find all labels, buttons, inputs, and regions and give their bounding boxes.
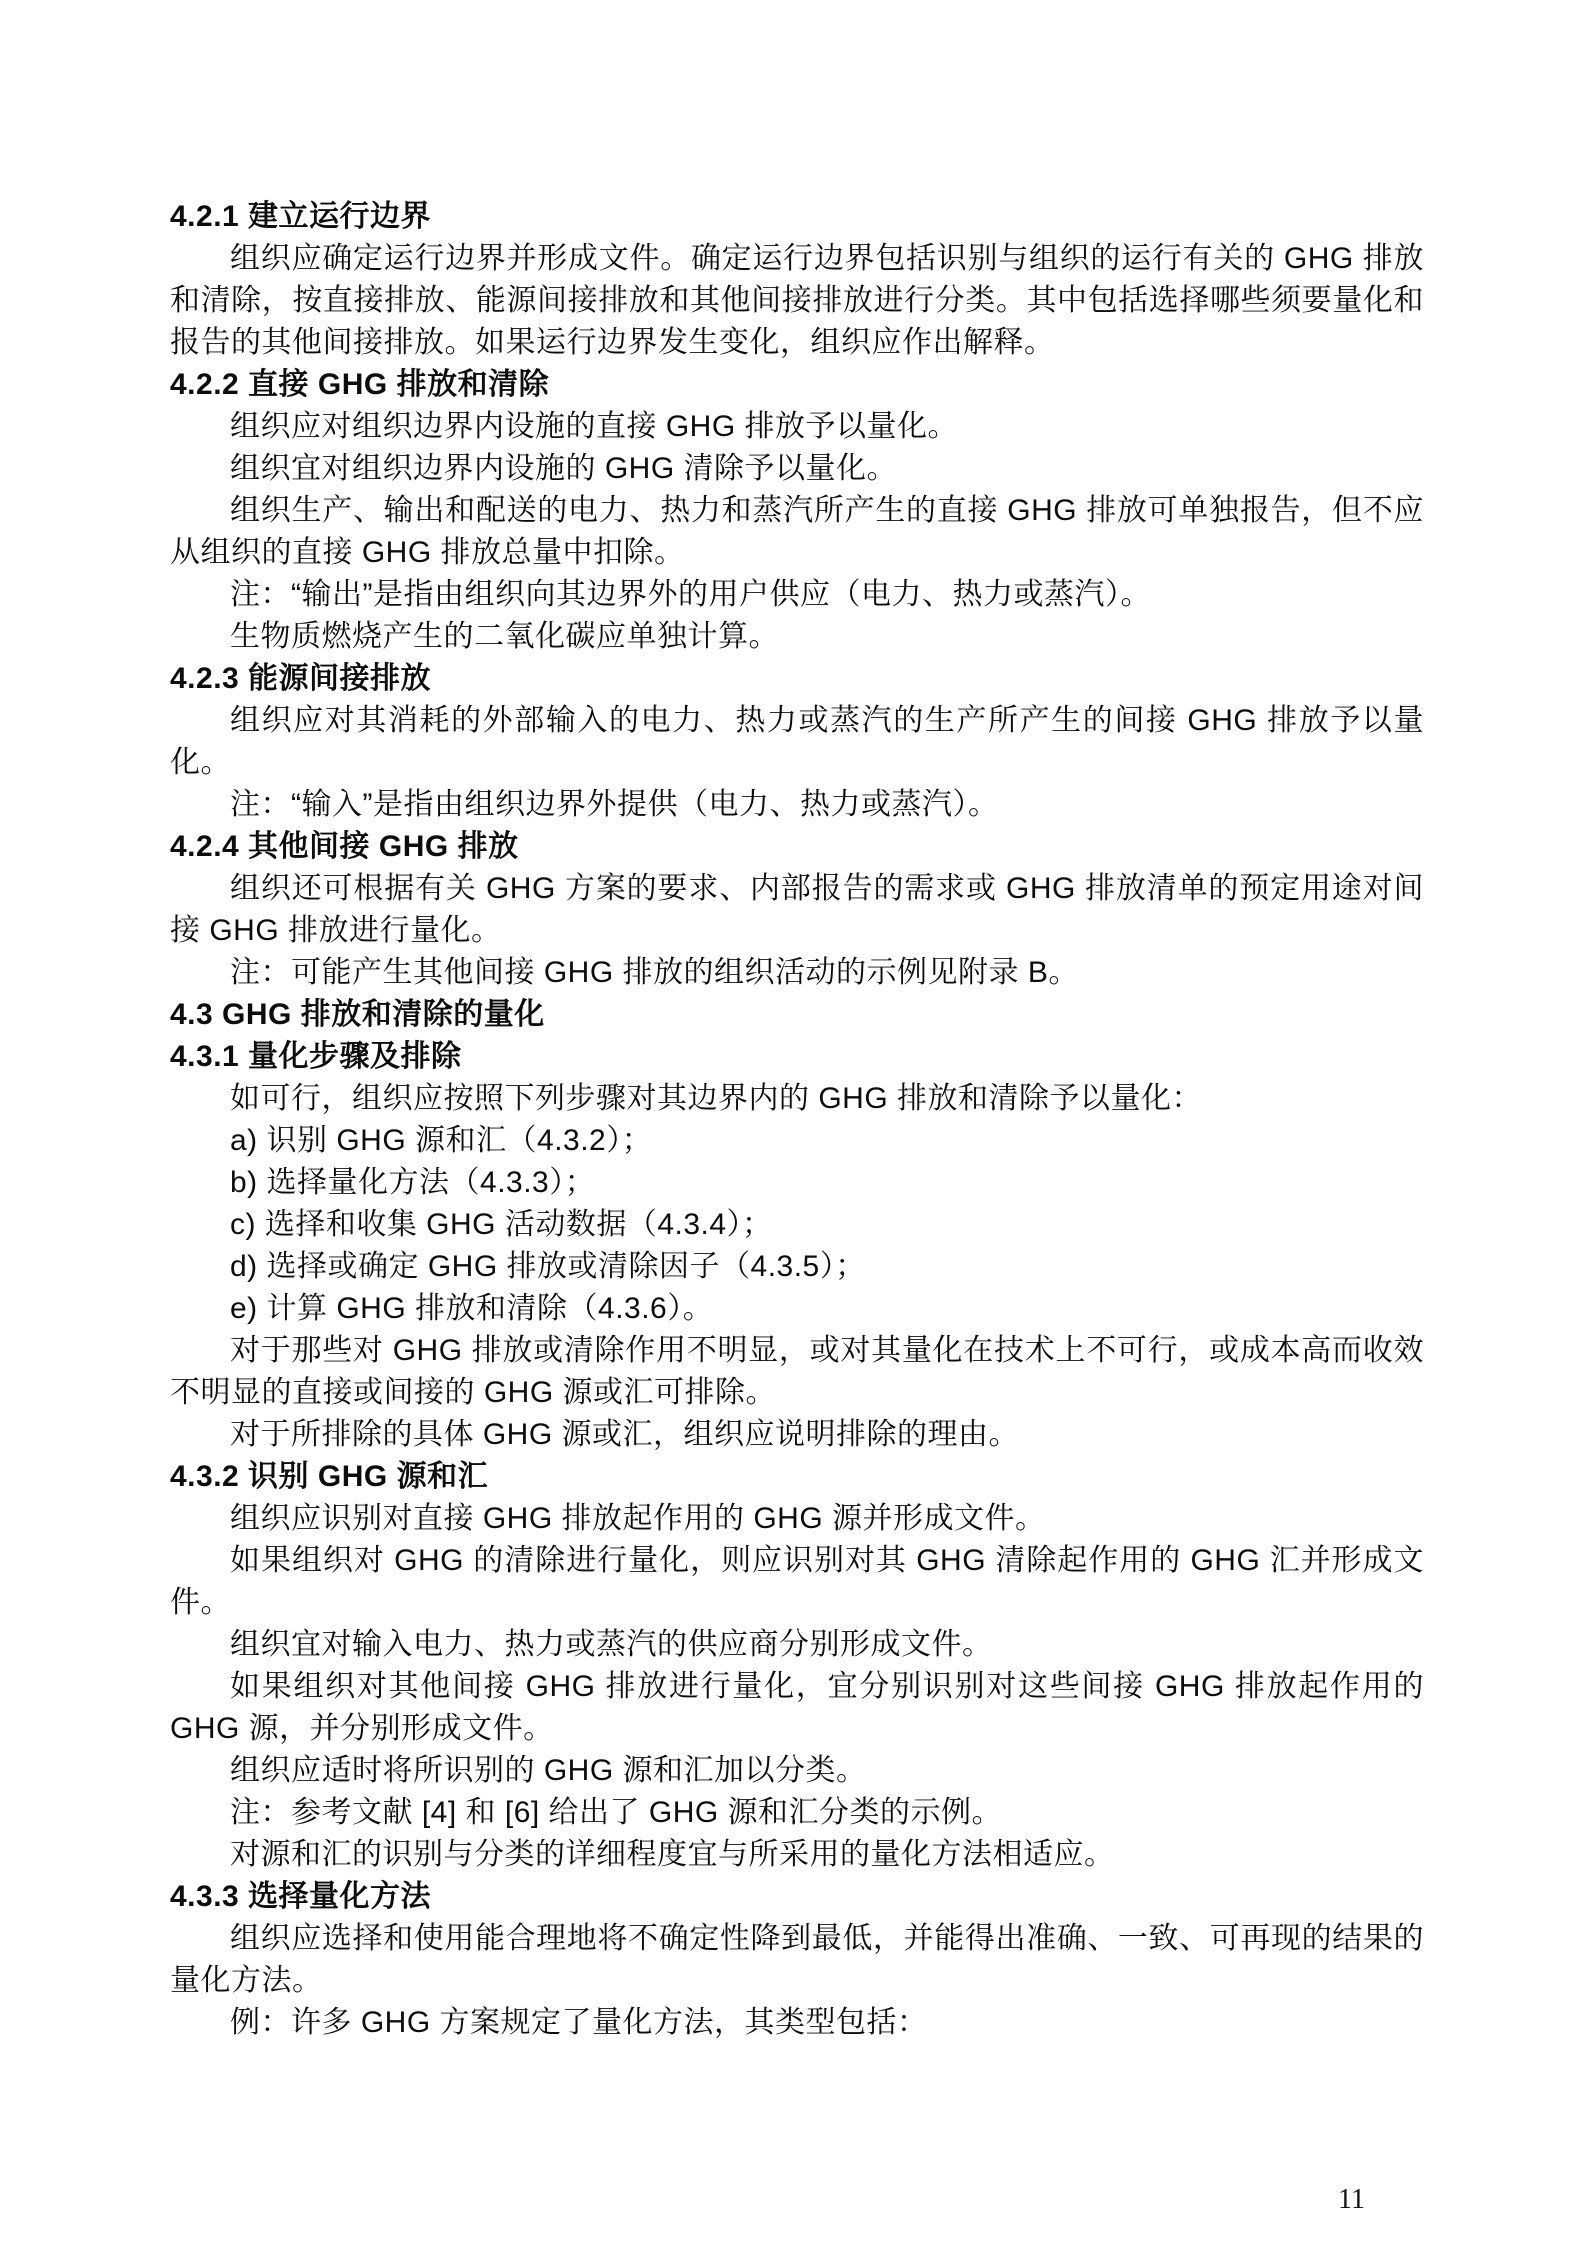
list-item: b) 选择量化方法（4.3.3）；: [170, 1162, 1424, 1204]
paragraph: 对源和汇的识别与分类的详细程度宜与所采用的量化方法相适应。: [170, 1834, 1424, 1876]
paragraph: 对于所排除的具体 GHG 源或汇，组织应说明排除的理由。: [170, 1414, 1424, 1456]
section-heading: 4.2.4 其他间接 GHG 排放: [170, 826, 1424, 868]
list-item: e) 计算 GHG 排放和清除（4.3.6）。: [170, 1288, 1424, 1330]
paragraph: 生物质燃烧产生的二氧化碳应单独计算。: [170, 616, 1424, 658]
paragraph: 注：参考文献 [4] 和 [6] 给出了 GHG 源和汇分类的示例。: [170, 1792, 1424, 1834]
document-page: 4.2.1 建立运行边界组织应确定运行边界并形成文件。确定运行边界包括识别与组织…: [0, 0, 1587, 2245]
paragraph: 组织生产、输出和配送的电力、热力和蒸汽所产生的直接 GHG 排放可单独报告，但不…: [170, 490, 1424, 574]
paragraph: 组织宜对输入电力、热力或蒸汽的供应商分别形成文件。: [170, 1624, 1424, 1666]
document-content: 4.2.1 建立运行边界组织应确定运行边界并形成文件。确定运行边界包括识别与组织…: [170, 196, 1424, 2044]
section-heading: 4.2.3 能源间接排放: [170, 658, 1424, 700]
paragraph: 组织应对其消耗的外部输入的电力、热力或蒸汽的生产所产生的间接 GHG 排放予以量…: [170, 700, 1424, 784]
paragraph: 组织应识别对直接 GHG 排放起作用的 GHG 源并形成文件。: [170, 1498, 1424, 1540]
paragraph: 组织还可根据有关 GHG 方案的要求、内部报告的需求或 GHG 排放清单的预定用…: [170, 868, 1424, 952]
section-heading: 4.3 GHG 排放和清除的量化: [170, 994, 1424, 1036]
page-number: 11: [1338, 2184, 1365, 2216]
paragraph: 注：“输出”是指由组织向其边界外的用户供应（电力、热力或蒸汽）。: [170, 574, 1424, 616]
paragraph: 组织应对组织边界内设施的直接 GHG 排放予以量化。: [170, 406, 1424, 448]
paragraph: 组织应确定运行边界并形成文件。确定运行边界包括识别与组织的运行有关的 GHG 排…: [170, 238, 1424, 364]
paragraph: 例：许多 GHG 方案规定了量化方法，其类型包括：: [170, 2002, 1424, 2044]
list-item: c) 选择和收集 GHG 活动数据（4.3.4）；: [170, 1204, 1424, 1246]
paragraph: 如果组织对其他间接 GHG 排放进行量化，宜分别识别对这些间接 GHG 排放起作…: [170, 1666, 1424, 1750]
paragraph: 组织应选择和使用能合理地将不确定性降到最低，并能得出准确、一致、可再现的结果的量…: [170, 1918, 1424, 2002]
paragraph: 组织应适时将所识别的 GHG 源和汇加以分类。: [170, 1750, 1424, 1792]
section-heading: 4.3.2 识别 GHG 源和汇: [170, 1456, 1424, 1498]
list-item: d) 选择或确定 GHG 排放或清除因子（4.3.5）；: [170, 1246, 1424, 1288]
paragraph: 注：“输入”是指由组织边界外提供（电力、热力或蒸汽）。: [170, 784, 1424, 826]
section-heading: 4.3.3 选择量化方法: [170, 1876, 1424, 1918]
section-heading: 4.3.1 量化步骤及排除: [170, 1036, 1424, 1078]
paragraph: 对于那些对 GHG 排放或清除作用不明显，或对其量化在技术上不可行，或成本高而收…: [170, 1330, 1424, 1414]
paragraph: 如可行，组织应按照下列步骤对其边界内的 GHG 排放和清除予以量化：: [170, 1078, 1424, 1120]
section-heading: 4.2.2 直接 GHG 排放和清除: [170, 364, 1424, 406]
paragraph: 注：可能产生其他间接 GHG 排放的组织活动的示例见附录 B。: [170, 952, 1424, 994]
paragraph: 如果组织对 GHG 的清除进行量化，则应识别对其 GHG 清除起作用的 GHG …: [170, 1540, 1424, 1624]
section-heading: 4.2.1 建立运行边界: [170, 196, 1424, 238]
list-item: a) 识别 GHG 源和汇（4.3.2）；: [170, 1120, 1424, 1162]
paragraph: 组织宜对组织边界内设施的 GHG 清除予以量化。: [170, 448, 1424, 490]
